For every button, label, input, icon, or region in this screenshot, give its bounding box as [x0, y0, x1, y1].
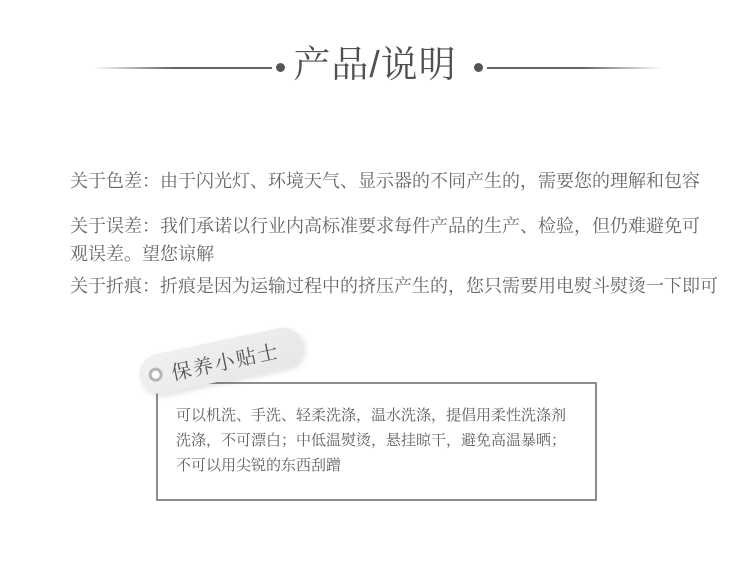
note-tolerance: 关于误差：我们承诺以行业内高标准要求每件产品的生产、检验，但仍难避免可 观误差。… [70, 212, 700, 268]
tag-hole-icon [147, 366, 164, 383]
care-tips-tag-label: 保养小贴士 [168, 334, 282, 385]
note-tolerance-line2: 观误差。望您谅解 [70, 240, 700, 268]
product-description-page: 产品/说明 关于色差：由于闪光灯、环境天气、显示器的不同产生的，需要您的理解和包… [0, 0, 750, 581]
page-title: 产品/说明 [0, 42, 750, 88]
care-tips-text: 可以机洗、手洗、轻柔洗涤，温水洗涤，提倡用柔性洗涤剂 洗涤，不可漂白；中低温熨烫… [176, 403, 566, 478]
care-tips-line1: 可以机洗、手洗、轻柔洗涤，温水洗涤，提倡用柔性洗涤剂 [176, 403, 566, 428]
care-tips-line3: 不可以用尖锐的东西刮蹭 [176, 453, 566, 478]
care-tips-line2: 洗涤，不可漂白；中低温熨烫，悬挂晾干，避免高温暴晒； [176, 428, 566, 453]
care-tips-box: 可以机洗、手洗、轻柔洗涤，温水洗涤，提倡用柔性洗涤剂 洗涤，不可漂白；中低温熨烫… [156, 382, 597, 501]
note-crease: 关于折痕：折痕是因为运输过程中的挤压产生的，您只需要用电熨斗熨烫一下即可 [70, 272, 718, 300]
header-dot-right-icon [474, 63, 483, 72]
header-divider-right [487, 67, 662, 69]
note-color-difference: 关于色差：由于闪光灯、环境天气、显示器的不同产生的，需要您的理解和包容 [70, 167, 700, 195]
note-tolerance-line1: 关于误差：我们承诺以行业内高标准要求每件产品的生产、检验，但仍难避免可 [70, 212, 700, 240]
